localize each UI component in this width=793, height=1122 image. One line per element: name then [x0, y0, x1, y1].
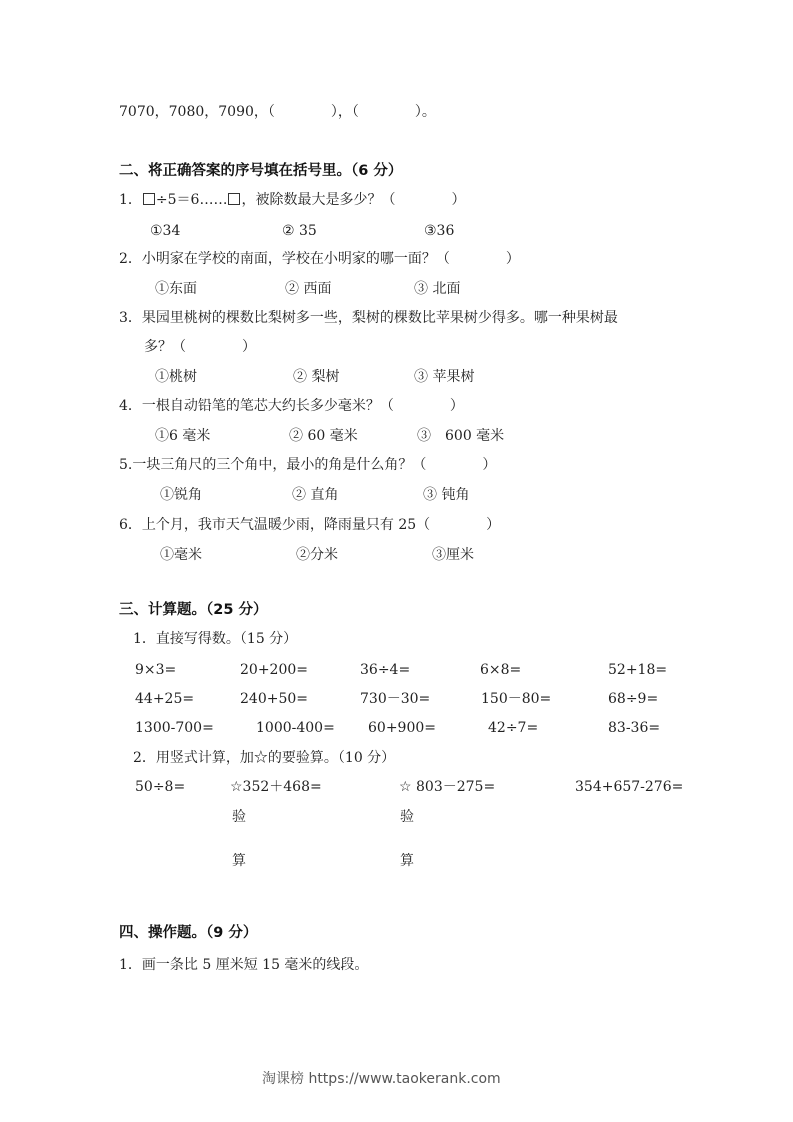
calc-item: 9×3= — [135, 663, 176, 677]
option: ② 60 毫米 — [289, 429, 358, 443]
sequence-question: 7070，7080，7090，（ ），（ ）。 — [119, 105, 436, 119]
question-4-1: 1．画一条比 5 厘米短 15 毫米的线段。 — [119, 958, 368, 972]
calc-item: 6×8= — [480, 663, 521, 677]
calc-item: 42÷7= — [488, 721, 538, 735]
calc-item: 1300-700= — [135, 721, 214, 735]
question-text: ÷5＝6…… — [156, 192, 228, 208]
option: ②分米 — [296, 548, 338, 562]
option: ③ 钝角 — [423, 488, 469, 502]
section-3-heading: 三、计算题。（25 分） — [119, 603, 267, 618]
vertical-calc-item: ☆ 803－275= — [399, 780, 495, 794]
calc-item: 68÷9= — [608, 692, 658, 706]
option: ② 梨树 — [293, 370, 339, 384]
option: ①东面 — [155, 282, 197, 296]
calc-item: 60+900= — [368, 721, 436, 735]
question-2-3: 3．果园里桃树的棵数比梨树多一些，梨树的棵数比苹果树少得多。哪一种果树最 — [119, 311, 618, 325]
check-label: 验 — [232, 810, 246, 824]
blank-box-icon — [228, 193, 240, 205]
question-2-6: 6．上个月，我市天气温暖少雨，降雨量只有 25（ ） — [119, 518, 500, 532]
option: ③ 北面 — [414, 282, 460, 296]
question-number: 1． — [119, 192, 142, 208]
calc-item: 36÷4= — [360, 663, 410, 677]
question-2-5: 5.一块三角尺的三个角中，最小的角是什么角？（ ） — [119, 458, 496, 472]
calc-item: 83-36= — [608, 721, 660, 735]
option: ② 西面 — [285, 282, 331, 296]
option: ③厘米 — [432, 548, 474, 562]
option: ③36 — [424, 224, 454, 238]
question-text: ，被除数最大是多少？（ ） — [241, 192, 465, 208]
vertical-calc-item: 50÷8= — [135, 780, 185, 794]
footer-watermark: 淘课榜 https://www.taokerank.com — [262, 1072, 501, 1086]
calc-item: 52+18= — [608, 663, 667, 677]
section-4-heading: 四、操作题。（9 分） — [119, 926, 257, 941]
calc-part-2-title: 2．用竖式计算，加☆的要验算。（10 分） — [133, 751, 395, 765]
calc-item: 20+200= — [240, 663, 308, 677]
calc-part-1-title: 1．直接写得数。（15 分） — [133, 632, 297, 646]
calc-item: 240+50= — [240, 692, 308, 706]
option: ③ 苹果树 — [414, 370, 474, 384]
option: ①34 — [150, 224, 180, 238]
option: ①毫米 — [160, 548, 202, 562]
check-label: 算 — [232, 854, 246, 868]
option: ①6 毫米 — [155, 429, 210, 443]
calc-item: 150－80= — [481, 692, 551, 706]
question-2-1: 1．÷5＝6……，被除数最大是多少？（ ） — [119, 193, 465, 207]
check-label: 算 — [400, 854, 414, 868]
option: ①锐角 — [160, 488, 202, 502]
question-2-2: 2．小明家在学校的南面，学校在小明家的哪一面？（ ） — [119, 252, 520, 266]
option: ①桃树 — [155, 370, 197, 384]
option: ③ 600 毫米 — [417, 429, 504, 443]
section-2-heading: 二、将正确答案的序号填在括号里。（6 分） — [119, 164, 402, 179]
option: ② 直角 — [292, 488, 338, 502]
check-label: 验 — [400, 810, 414, 824]
calc-item: 1000-400= — [256, 721, 335, 735]
calc-item: 730－30= — [360, 692, 430, 706]
option: ② 35 — [282, 224, 317, 238]
question-2-3-continued: 多？（ ） — [144, 340, 256, 354]
vertical-calc-item: 354+657-276= — [575, 780, 683, 794]
vertical-calc-item: ☆352＋468= — [230, 780, 322, 794]
question-2-4: 4．一根自动铅笔的笔芯大约长多少毫米？（ ） — [119, 399, 464, 413]
calc-item: 44+25= — [135, 692, 194, 706]
blank-box-icon — [143, 193, 155, 205]
